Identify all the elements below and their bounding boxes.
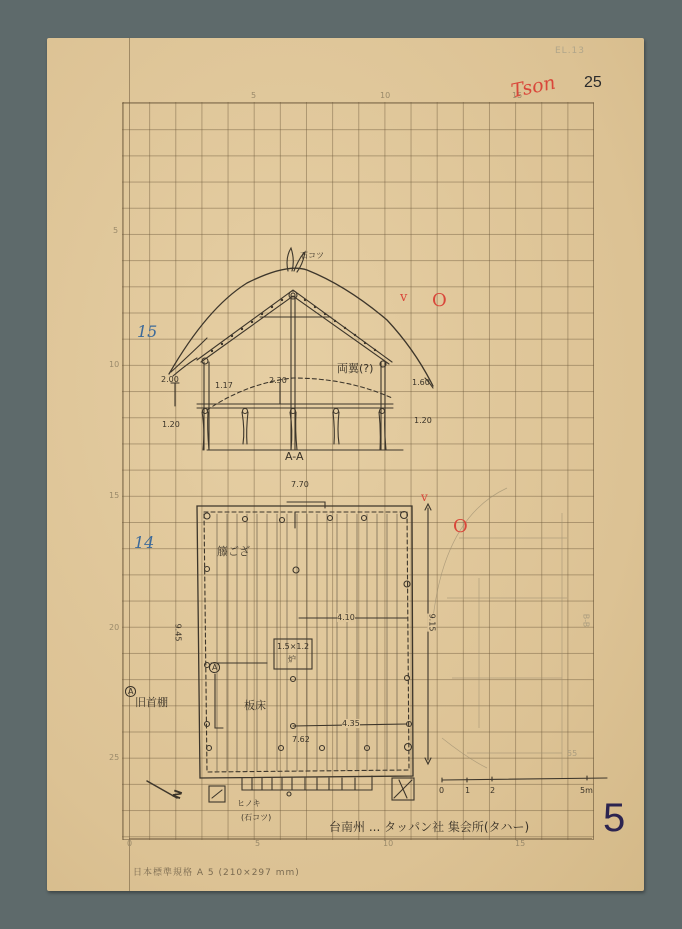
plan-depth-right: 9.15: [427, 614, 436, 632]
section-title: A-A: [285, 450, 304, 463]
section-red-check: v: [400, 290, 407, 305]
scale-bar-0: 0: [439, 786, 444, 795]
scale-bar-5m: 5m: [580, 786, 593, 795]
eave-left-dim: 2.00: [161, 375, 179, 384]
floor-height-left-dim: 1.20: [162, 420, 180, 429]
hearth-label: 炉: [288, 654, 296, 665]
plan-red-circle: O: [453, 516, 468, 537]
hearth-size: 1.5×1.2: [277, 642, 309, 651]
scale-bar-1: 1: [465, 786, 470, 795]
plan-inner-dim-lower: 4.35: [342, 719, 360, 728]
plan-red-check: v: [421, 490, 428, 504]
scale-bar-2: 2: [490, 786, 495, 795]
plan-width-bottom: 7.62: [292, 735, 310, 744]
paper-sheet: 5 10 15 5 10 15 20 25 0 5 10 15 EL.13 Ts…: [47, 38, 644, 891]
eave-right-dim: 1.60: [412, 378, 430, 387]
paper-spec-footer: 日本標準規格 A 5 (210×297 mm): [133, 865, 300, 878]
room-label-mat: 籐ござ: [217, 543, 250, 559]
plan-width-top: 7.70: [291, 480, 309, 489]
plan-depth-left: 9.45: [173, 624, 182, 642]
plan-blue-label: 14: [134, 533, 154, 552]
section-blue-label: 15: [137, 322, 157, 341]
center-height-dim: 2.30: [269, 376, 287, 385]
faint-sketch-dim: 55: [567, 749, 577, 758]
ceiling-note: 両翼(?): [337, 360, 373, 376]
roof-ridge-note: 石コツ: [300, 250, 324, 261]
marker-a-label: 旧首棚: [135, 694, 168, 710]
plan-inner-dim-upper: 4.10: [337, 613, 355, 622]
section-red-circle: O: [432, 290, 447, 311]
floor-height-right-dim: 1.20: [414, 416, 432, 425]
wall-height-dim: 1.17: [215, 381, 233, 390]
faint-sketch-label: B-B: [581, 614, 590, 628]
room-label-floor: 板床: [244, 697, 266, 713]
entrance-note: ヒノキ: [237, 798, 261, 809]
entrance-note-sub: (石コツ): [241, 812, 271, 823]
pencil-drawing: [47, 38, 644, 891]
drawing-caption: 台南州 ... タッパン社 集会所(タハー): [329, 818, 529, 835]
